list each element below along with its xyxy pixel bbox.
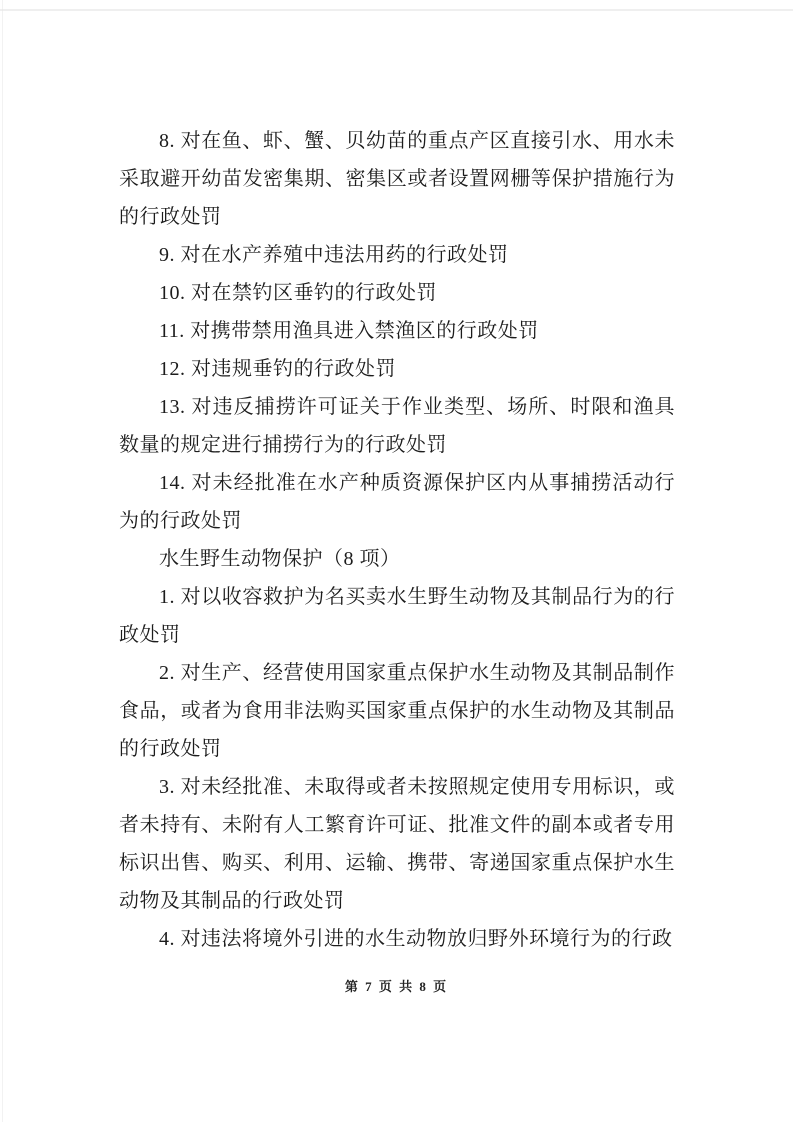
list-item: 14. 对未经批准在水产种质资源保护区内从事捕捞活动行为的行政处罚	[119, 464, 675, 540]
document-body: 8. 对在鱼、虾、蟹、贝幼苗的重点产区直接引水、用水未采取避开幼苗发密集期、密集…	[119, 122, 675, 958]
list-item: 9. 对在水产养殖中违法用药的行政处罚	[119, 236, 675, 274]
page-number-label: 第 7 页 共 8 页	[345, 979, 448, 994]
list-item: 10. 对在禁钓区垂钓的行政处罚	[119, 274, 675, 312]
page-footer: 第 7 页 共 8 页	[0, 976, 793, 995]
list-item: 4. 对违法将境外引进的水生动物放归野外环境行为的行政	[119, 920, 675, 958]
scan-edge-left	[2, 0, 3, 1122]
list-item: 11. 对携带禁用渔具进入禁渔区的行政处罚	[119, 312, 675, 350]
document-page: 8. 对在鱼、虾、蟹、贝幼苗的重点产区直接引水、用水未采取避开幼苗发密集期、密集…	[0, 0, 793, 1122]
list-item: 8. 对在鱼、虾、蟹、贝幼苗的重点产区直接引水、用水未采取避开幼苗发密集期、密集…	[119, 122, 675, 236]
section-heading: 水生野生动物保护（8 项）	[119, 540, 675, 578]
list-item: 2. 对生产、经营使用国家重点保护水生动物及其制品制作食品，或者为食用非法购买国…	[119, 654, 675, 768]
list-item: 3. 对未经批准、未取得或者未按照规定使用专用标识，或者未持有、未附有人工繁育许…	[119, 768, 675, 920]
scan-edge-top	[0, 9, 793, 11]
list-item: 12. 对违规垂钓的行政处罚	[119, 350, 675, 388]
list-item: 13. 对违反捕捞许可证关于作业类型、场所、时限和渔具数量的规定进行捕捞行为的行…	[119, 388, 675, 464]
list-item: 1. 对以收容救护为名买卖水生野生动物及其制品行为的行政处罚	[119, 578, 675, 654]
